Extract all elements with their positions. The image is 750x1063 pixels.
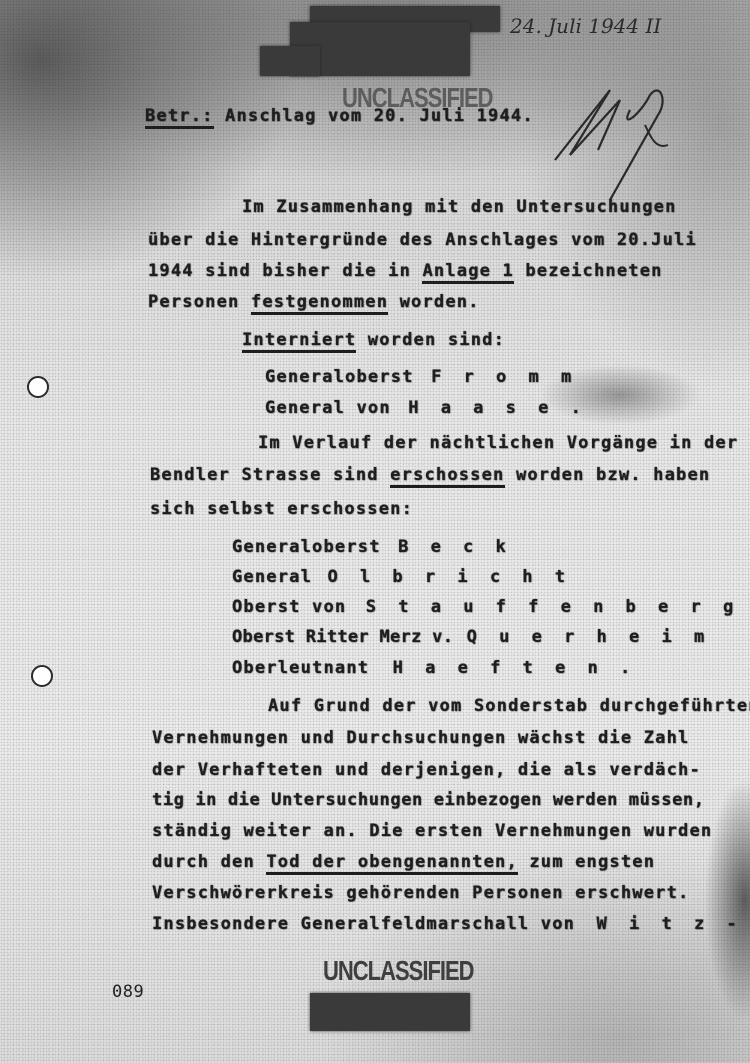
punch-hole-lower xyxy=(31,665,53,687)
p3-line6: durch den Tod der obengenannten, zum eng… xyxy=(152,852,655,872)
annex-reference: Anlage 1 xyxy=(422,261,513,284)
punch-hole-upper xyxy=(27,376,49,398)
person-name: O l b r i c h t xyxy=(327,567,571,587)
person-rank: Oberst Ritter Merz v. xyxy=(232,627,453,647)
person-rank: Oberleutnant xyxy=(232,658,369,678)
p1-line3-pre: 1944 sind bisher die in xyxy=(148,261,411,281)
p3-line5: ständig weiter an. Die ersten Vernehmung… xyxy=(152,821,712,841)
redaction-bottom xyxy=(310,993,470,1031)
p3-line4: tig in die Untersuchungen einbezogen wer… xyxy=(152,790,705,810)
document-page: 24. Juli 1944 II UNCLASSIFIED Betr.: Ans… xyxy=(0,0,750,1063)
p1-line3-post: bezeichneten xyxy=(525,261,662,281)
subject-label: Betr.: xyxy=(145,106,214,129)
p1-line2: über die Hintergründe des Anschlages vom… xyxy=(148,230,697,250)
interned-heading: Interniert worden sind: xyxy=(242,330,505,350)
subject-text: Anschlag vom 20. Juli 1944. xyxy=(225,106,534,126)
p3-line8-pre: Insbesondere Generalfeldmarschall von xyxy=(152,914,575,934)
p3-line8: Insbesondere Generalfeldmarschall von W … xyxy=(152,914,743,934)
person-name: B e c k xyxy=(398,537,512,557)
redaction-top-left-step xyxy=(260,46,320,76)
shot-person-3: Oberst von S t a u f f e n b e r g xyxy=(232,597,739,617)
person-name: Q u e r h e i m xyxy=(467,627,711,647)
p1-line4: Personen festgenommen worden. xyxy=(148,292,480,312)
p1-line1: Im Zusammenhang mit den Untersuchungen xyxy=(242,197,677,217)
shot-person-4: Oberst Ritter Merz v. Q u e r h e i m xyxy=(232,627,710,647)
person-rank: Generaloberst xyxy=(232,537,381,557)
subject-line: Betr.: Anschlag vom 20. Juli 1944. xyxy=(145,106,534,126)
p1-line3: 1944 sind bisher die in Anlage 1 bezeich… xyxy=(148,261,663,281)
person-rank: General von xyxy=(265,398,391,418)
p2-line2-pre: Bendler Strasse sind xyxy=(150,465,379,485)
person-name: S t a u f f e n b e r g xyxy=(366,597,739,617)
p3-underlined-phrase: Tod der obengenannten, xyxy=(266,852,518,875)
shot-person-5: Oberleutnant H a e f t e n . xyxy=(232,658,636,678)
page-number: 089 xyxy=(112,982,144,1002)
person-name: H a a s e . xyxy=(408,398,587,418)
p2-line3: sich selbst erschossen: xyxy=(150,499,413,519)
person-rank: Oberst von xyxy=(232,597,346,617)
p1-line4-post: worden. xyxy=(400,292,480,312)
interned-heading-underlined: Interniert xyxy=(242,330,356,353)
interned-person-1: Generaloberst F r o m m xyxy=(265,367,577,387)
p2-line2-post: worden bzw. haben xyxy=(516,465,710,485)
interned-person-2: General von H a a s e . xyxy=(265,398,587,418)
p3-line8-name: W i t z - xyxy=(597,914,743,934)
p2-line1: Im Verlauf der nächtlichen Vorgänge in d… xyxy=(258,433,738,453)
p1-line4-pre: Personen xyxy=(148,292,239,312)
p3-line3: der Verhafteten und derjenigen, die als … xyxy=(152,760,701,780)
p3-line2: Vernehmungen und Durchsuchungen wächst d… xyxy=(152,728,689,748)
p2-underlined-word: erschossen xyxy=(390,465,504,488)
p1-underlined-word: festgenommen xyxy=(251,292,388,315)
p3-line6-post: zum engsten xyxy=(529,852,655,872)
shot-person-2: General O l b r i c h t xyxy=(232,567,571,587)
person-name: H a e f t e n . xyxy=(393,658,637,678)
person-rank: General xyxy=(232,567,312,587)
interned-heading-rest: worden sind: xyxy=(368,330,505,350)
handwritten-date: 24. Juli 1944 II xyxy=(510,14,661,38)
p3-line1: Auf Grund der vom Sonderstab durchgeführ… xyxy=(268,696,750,716)
p2-line2: Bendler Strasse sind erschossen worden b… xyxy=(150,465,710,485)
person-name: F r o m m xyxy=(431,367,577,387)
p3-line6-pre: durch den xyxy=(152,852,255,872)
shot-person-1: Generaloberst B e c k xyxy=(232,537,512,557)
p3-line7: Verschwörerkreis gehörenden Personen ers… xyxy=(152,883,689,903)
person-rank: Generaloberst xyxy=(265,367,414,387)
unclassified-stamp-bottom: UNCLASSIFIED xyxy=(323,955,474,988)
handwritten-signature-icon xyxy=(550,80,690,200)
